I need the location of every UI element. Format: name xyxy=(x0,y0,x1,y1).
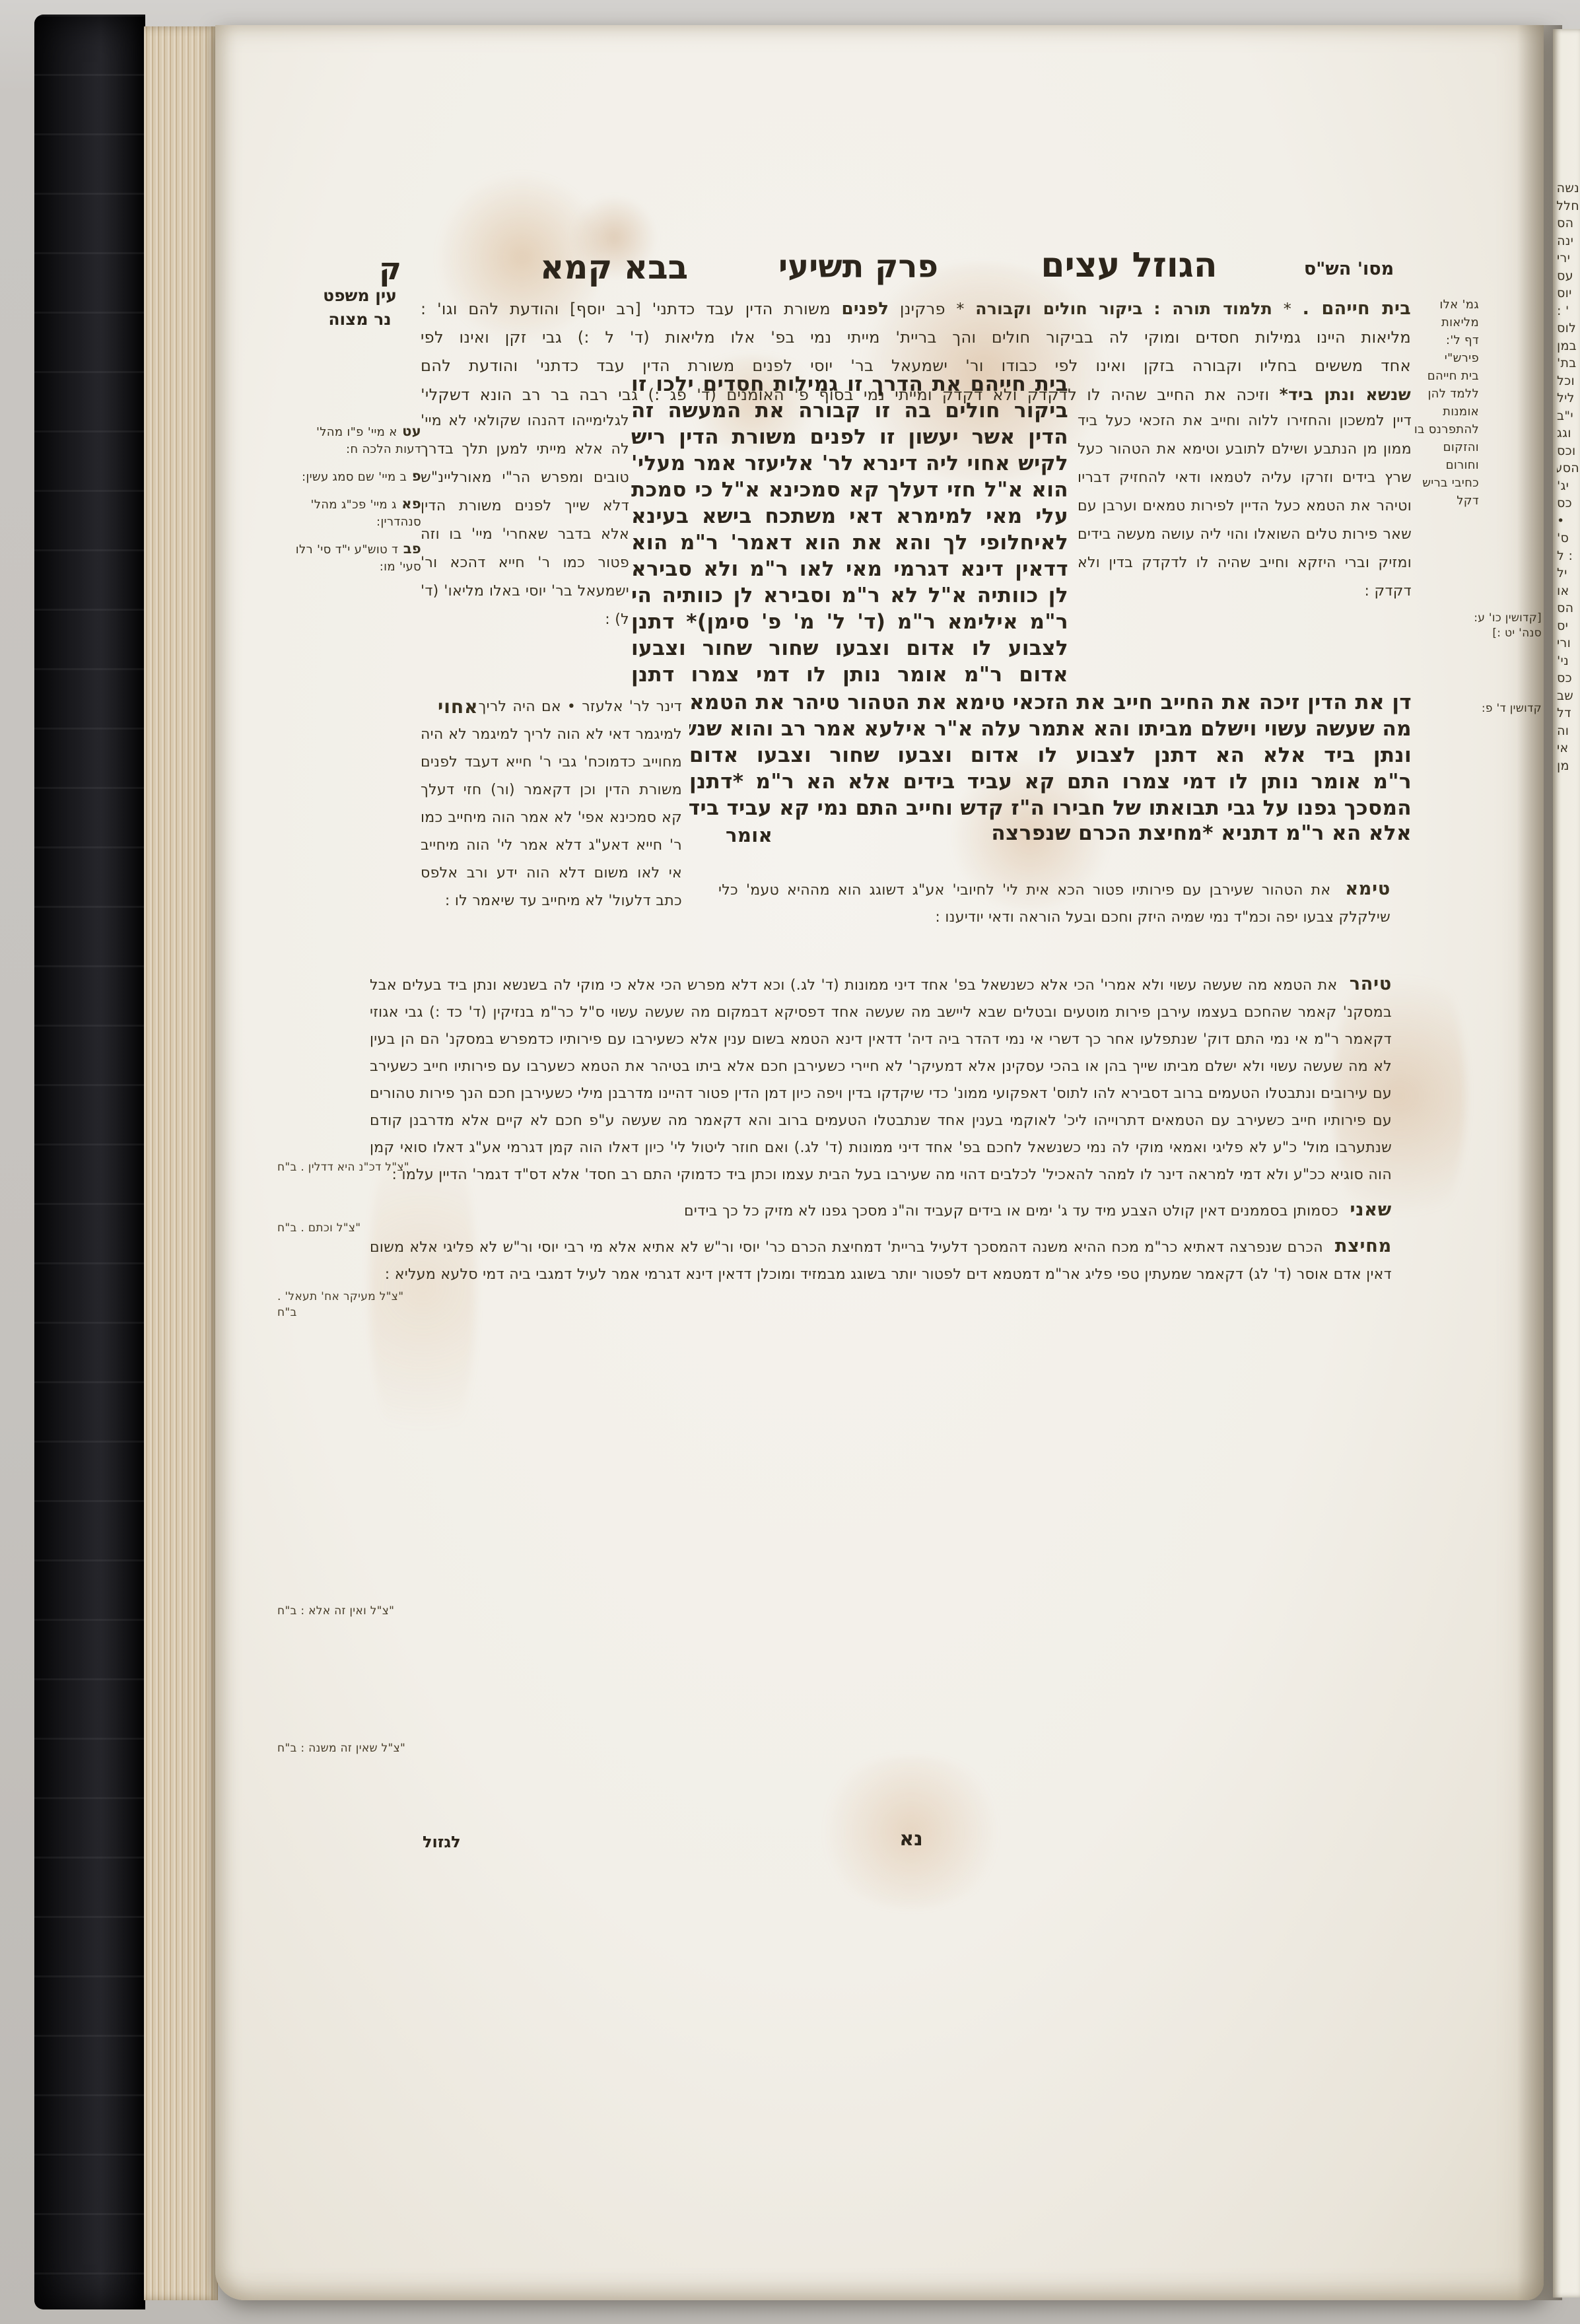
ein-mishpat-entry: פב ד טוש"ע י"ד סי' רלו סעי' מו: xyxy=(294,540,421,576)
ein-mishpat-label: עין משפט נר מצוה xyxy=(298,284,421,331)
left-commentary-column: לגלימייהו דהנהו שקולאי לא מיי' לה אלא מי… xyxy=(421,407,629,692)
page-number: נא xyxy=(885,1828,938,1851)
ein-mishpat-entry: פא ג מיי' פכ"ג מהל' סנהדרין: xyxy=(294,495,421,531)
ein-mishpat-entry: עט א מיי' פ"ו מהל' דעות הלכה ח: xyxy=(294,423,421,458)
bach-gloss: "צ"ל שאין זה משנה : ב"ח xyxy=(277,1740,419,1756)
commentary-paragraph: מחיצת הכרם שנפרצה דאתיא כר"מ מכח ההיא מש… xyxy=(370,1233,1392,1288)
masoret-ref: קדושין ד' פ: xyxy=(1469,701,1542,716)
catchword: מחיצת xyxy=(1328,1236,1392,1256)
masoret-hashas-column: גמ' אלומליאותדף ל': פירש"יבית חייהםללמד … xyxy=(1413,296,1479,510)
commentary-paragraph: שאני כסמותן בסממנים דאין קולט הצבע מיד ע… xyxy=(370,1196,1392,1225)
right-commentary-column: דיין למשכון והחזירו ללוה וחייב את הזכאי … xyxy=(1078,407,1412,692)
folio-letter: ק xyxy=(367,251,413,287)
masoret-ref: [קדושין כו' ע: סנה' יט :] xyxy=(1469,611,1542,641)
next-page-text-sliver: נשהחללהסינהיריעסיוס' :לוסבמןבת'וכללילי"ב… xyxy=(1557,180,1579,1698)
chapter-name-title: הגוזל עצים xyxy=(990,246,1268,285)
commentary-paragraph-tima: טימא את הטהור שעירבן עם פירותיו פטור הכא… xyxy=(718,875,1391,931)
ein-mishpat-label-line1: עין משפט xyxy=(298,284,421,308)
catchword-tima: טימא xyxy=(1338,879,1391,899)
ein-mishpat-column: עט א מיי' פ"ו מהל' דעות הלכה ח:פ ב מיי' … xyxy=(294,423,421,585)
custos-word: לגזול xyxy=(423,1833,461,1851)
book-spine-leather xyxy=(34,15,145,2309)
catchword-omer: אומר xyxy=(726,824,773,846)
page-edge-stack xyxy=(144,26,218,2300)
masoret-hashas-label: מסו' הש"ס xyxy=(1286,259,1412,279)
catchword-achoi: אחוי xyxy=(421,693,478,721)
bach-gloss: "צ"ל ואין זה אלא : ב"ח xyxy=(277,1603,419,1619)
ein-mishpat-entry: פ ב מיי' שם סמג עשין: xyxy=(294,467,421,486)
tractate-title: בבא קמא xyxy=(505,248,723,287)
gemara-block: בית חייהם את הדרך זו גמילות חסדים ילכו ז… xyxy=(631,371,1068,688)
commentary-paragraph: טיהר את הטמא מה שעשה עשוי ולא אמרי' הכי … xyxy=(370,971,1392,1188)
commentary-body: טיהר את הטמא מה שעשה עשוי ולא אמרי' הכי … xyxy=(370,971,1392,1296)
ein-mishpat-label-line2: נר מצוה xyxy=(298,308,421,331)
gemara-wide-block: דן את הדין זיכה את החייב חייב את הזכאי ט… xyxy=(689,689,1412,850)
chapter-number-title: פרק תשיעי xyxy=(749,248,967,285)
catchword: שאני xyxy=(1343,1200,1392,1220)
book-photo: הגוזל עצים פרק תשיעי בבא קמא ק מסו' הש"ס… xyxy=(0,0,1580,2324)
catchword: טיהר xyxy=(1343,974,1392,994)
left-commentary-achoi-paragraph: אחוידינר לר' אלעזר • אם היה לריך למיגמר … xyxy=(421,693,682,936)
